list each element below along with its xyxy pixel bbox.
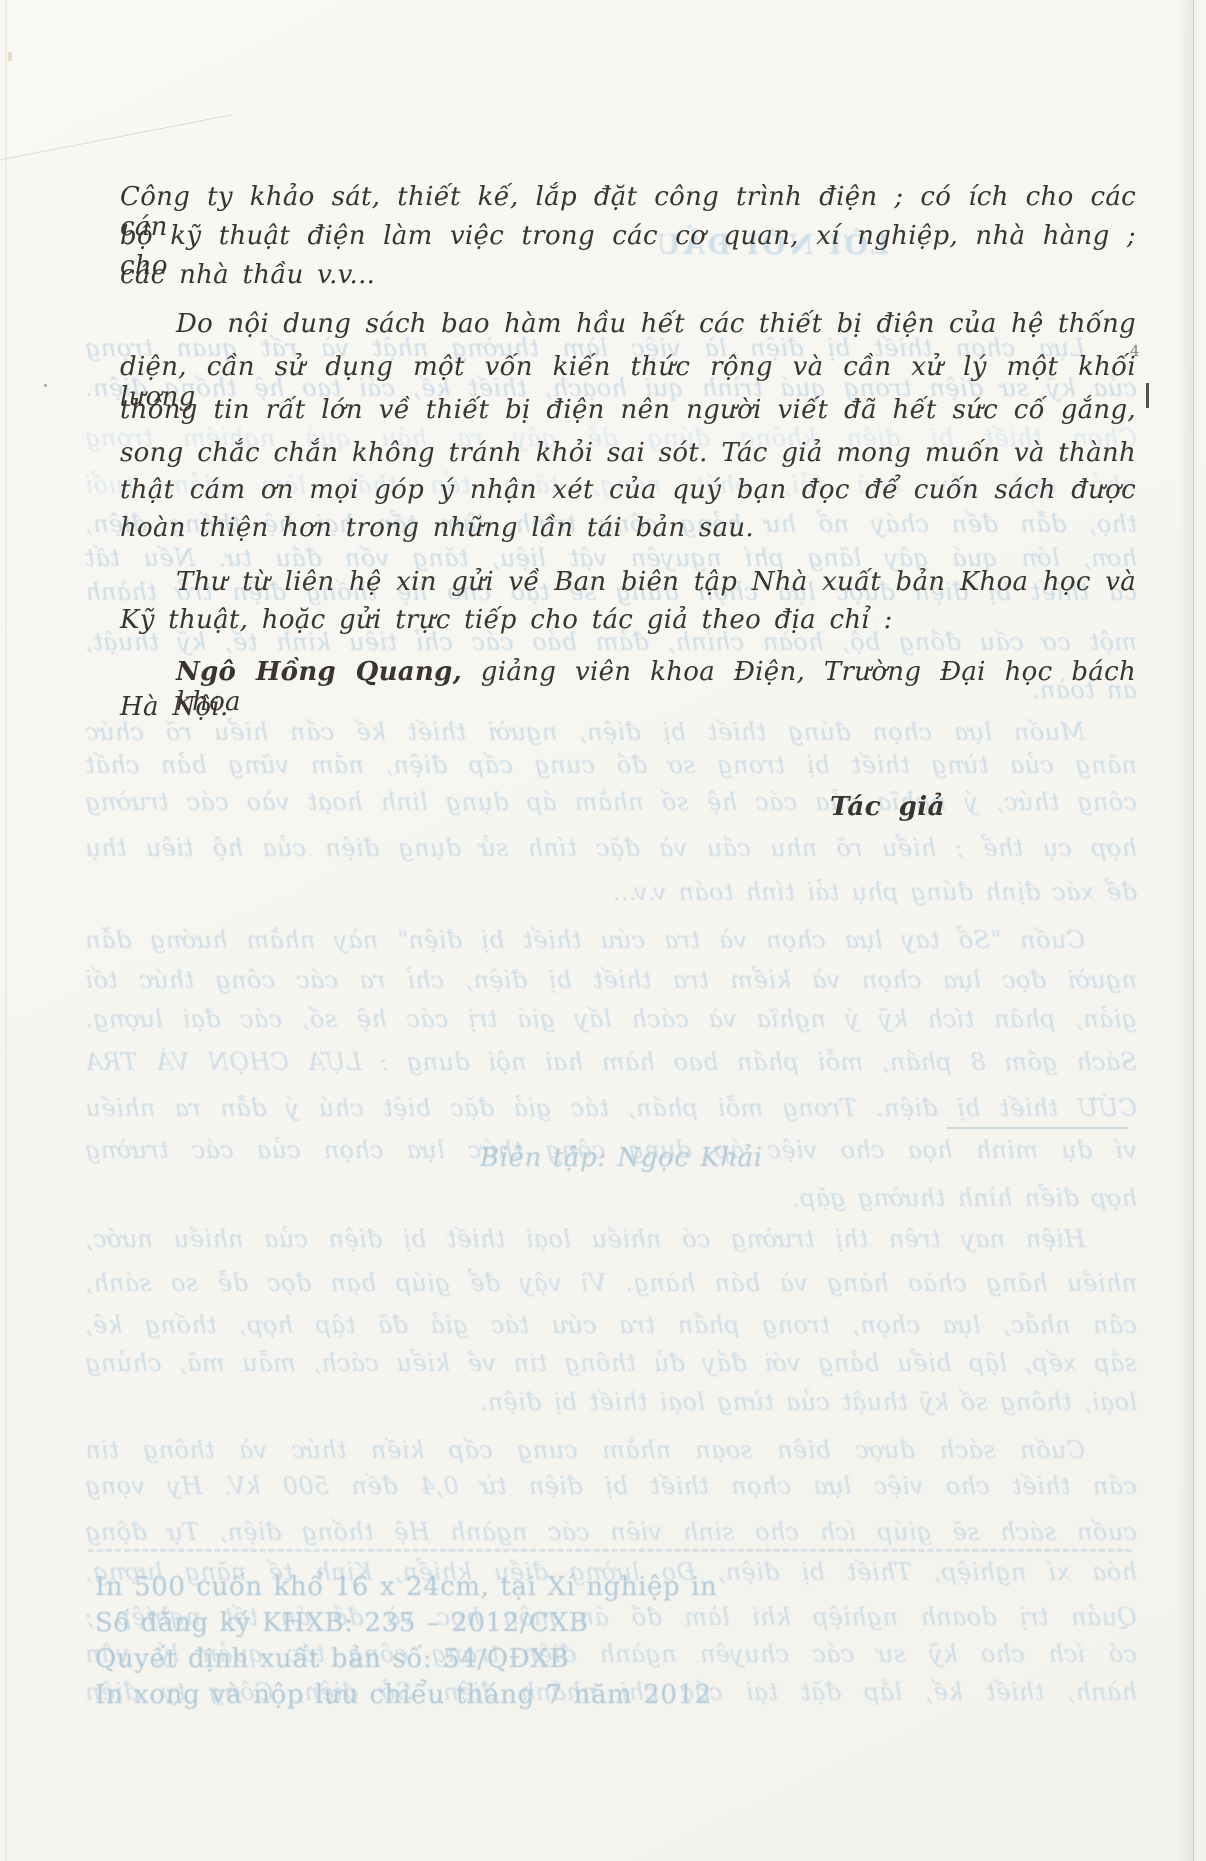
- text-line: song chắc chắn không tránh khỏi sai sót.…: [120, 438, 1136, 472]
- showthrough-line: In 500 cuốn khổ 16 x 24cm, tại Xí nghiệp…: [95, 1572, 717, 1602]
- bleedthrough-line: người đọc lựa chọn và kiểm tra thiết bị …: [85, 966, 1137, 998]
- bleedthrough-line: giản, phân tích kỹ ý nghĩa và cách lấy g…: [85, 1005, 1137, 1037]
- bleedthrough-line: nhiều hãng chào hàng và bán hàng. Vì vậy…: [85, 1269, 1137, 1301]
- text-line: Kỹ thuật, hoặc gửi trực tiếp cho tác giả…: [120, 605, 1136, 639]
- bleedthrough-underline: [946, 1127, 1128, 1129]
- showthrough-line: Số đăng ký KHXB: 235 – 2012/CXB: [95, 1608, 588, 1638]
- author-name: Ngô Hồng Quang,: [176, 657, 462, 687]
- text-line: bộ kỹ thuật điện làm việc trong các cơ q…: [120, 221, 1136, 255]
- bleedthrough-line: cần thiết cho việc lựa chọn thiết bị điệ…: [85, 1472, 1137, 1504]
- bleedthrough-line: năng của từng thiết bị trong sơ đồ cung …: [85, 751, 1137, 783]
- bleedthrough-line: để xác định đúng phụ tải tính toán v.v..…: [85, 878, 1137, 910]
- page-right-edge-shadow: [1178, 0, 1200, 1861]
- author-signature: Tác giả: [830, 792, 945, 822]
- bleedthrough-line: loại, thông số kỹ thuật của từng loại th…: [85, 1388, 1137, 1420]
- page-left-edge-line: [5, 0, 7, 1861]
- page-corner-fold-line: [0, 114, 233, 163]
- bleedthrough-line: công thức, ý nghĩa của các hệ số nhằm áp…: [85, 788, 1137, 820]
- margin-speck: 4: [1130, 342, 1140, 360]
- text-line: diện, cần sử dụng một vốn kiến thức rộng…: [120, 352, 1136, 386]
- bleedthrough-line: cân nhắc, lựa chọn, trong phần tra cứu t…: [85, 1311, 1137, 1343]
- text-line: Do nội dung sách bao hàm hầu hết các thi…: [120, 309, 1136, 343]
- bleedthrough-line: Sách gồm 8 phần, mỗi phần bao hàm hai nộ…: [85, 1048, 1137, 1080]
- ink-dot: [44, 384, 47, 387]
- scanned-page: LỜI NÓI ĐẦU Lựa chọn thiết bị điện là vi…: [0, 0, 1206, 1861]
- text-line: Công ty khảo sát, thiết kế, lắp đặt công…: [120, 182, 1136, 216]
- bleedthrough-line: Hiện nay trên thị trường có nhiều loại t…: [85, 1225, 1137, 1257]
- bleedthrough-line: sắp xếp, lập biểu bảng với đầy đủ thông …: [85, 1349, 1137, 1381]
- bleedthrough-line: hợp cụ thể ; hiểu rõ nhu cầu và đặc tính…: [85, 834, 1137, 866]
- bleedthrough-line: cuốn sách sẽ giúp ích cho sinh viên các …: [85, 1518, 1137, 1550]
- page-right-edge-line: [1193, 0, 1194, 1861]
- text-line: thật cám ơn mọi góp ý nhận xét của quý b…: [120, 475, 1136, 509]
- text-line: thông tin rất lớn về thiết bị điện nên n…: [120, 395, 1136, 429]
- text-line: Thư từ liên hệ xin gửi về Ban biên tập N…: [120, 567, 1136, 601]
- stray-ink-mark: [1146, 383, 1149, 408]
- showthrough-line: In xong và nộp lưu chiểu tháng 7 năm 201…: [95, 1680, 712, 1710]
- bleedthrough-line: CỨU thiết bị điện. Trong mỗi phần, tác g…: [85, 1094, 1137, 1126]
- text-line: Ngô Hồng Quang, giảng viên khoa Điện, Tr…: [120, 657, 1136, 691]
- showthrough-line: Biên tập: Ngọc Khải: [480, 1143, 763, 1173]
- text-line: các nhà thầu v.v...: [120, 260, 1136, 294]
- edge-stain: [8, 52, 12, 61]
- text-line: hoàn thiện hơn trong những lần tái bản s…: [120, 513, 1136, 547]
- bleedthrough-line: Cuốn sách được biên soạn nhằm cung cấp k…: [85, 1436, 1137, 1468]
- bleedthrough-line: Cuốn "Sổ tay lựa chọn và tra cứu thiết b…: [85, 926, 1137, 958]
- bleedthrough-line: hợp điển hình thường gặp.: [85, 1184, 1137, 1216]
- showthrough-line: Quyết định xuất bản số: 54/QĐXB: [95, 1644, 569, 1674]
- text-line: Hà Nội.: [120, 692, 1136, 726]
